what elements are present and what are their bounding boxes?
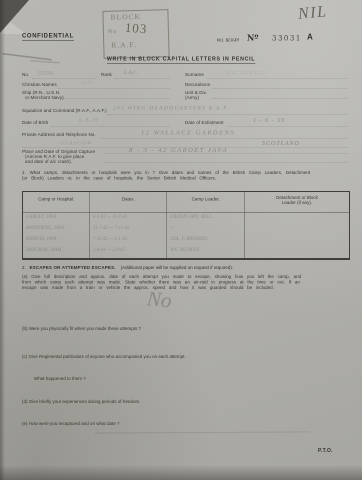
christian-names-label: Christian Names [22, 82, 57, 87]
date-of-enlistment-line [228, 126, 348, 127]
surname-field-label: Surname [185, 72, 204, 77]
stamp-raf-label: R.A.F. [111, 41, 137, 50]
squadron-label: Squadron and Command (R.A.F., A.A.F.) [22, 108, 107, 113]
camps-table-col-leader: Camp Leader. GROUP CAPT. BELL — COL. F. … [167, 192, 245, 258]
no-field-line [32, 79, 96, 80]
camps-table-col-block: Detachment or Block Leader (if any). [245, 192, 349, 258]
section2-question-c2: What happened to them ? [34, 376, 86, 382]
table-row-block [245, 224, 349, 235]
section2-title: ESCAPES OR ATTEMPTED ESCAPES. [30, 265, 116, 270]
private-address-value2: GLASGOW [60, 140, 93, 146]
date-of-enlistment-value: 1 - 6 - 39 [253, 117, 285, 125]
camps-table-header-leader: Camp Leader. [167, 192, 245, 213]
table-row-dates: 7-11-42 — 2-1-44 [90, 235, 167, 246]
private-address-value1: 12 WALLACE GARDENS [141, 129, 235, 137]
stamp-number: 103 [124, 20, 148, 37]
form-serial-number: 33031 [272, 35, 302, 43]
camps-table-col-dates: Dates. 8-3-42 — 31-7-42 31-7-42 — 7-11-4… [90, 192, 167, 258]
table-row-leader: — [167, 224, 245, 235]
section2-number: 2. [22, 265, 26, 270]
camps-table-header-dates: Dates. [90, 192, 167, 213]
table-row-dates: 2-4-44 — 2-9-45 [90, 246, 167, 257]
section2-title-note: (Additional paper will be supplied on re… [121, 265, 233, 270]
ship-line [63, 98, 170, 99]
squadron-line [107, 114, 348, 115]
camps-table: Camp or Hospital. GAROET, JAVA BANDOENG,… [22, 191, 350, 260]
series-letter: A [307, 33, 313, 42]
table-row-dates: 8-3-42 — 31-7-42 [90, 213, 167, 224]
section2-question-e: (e) How were you recaptured and on what … [22, 421, 120, 427]
christian-names-value: IAN [81, 81, 92, 87]
confidential-marking: CONFIDENTIAL [22, 32, 74, 41]
section2-question-c: (c) Give Regimental particulars of anyon… [22, 354, 186, 360]
section2-question-b: (b) Were you physically fit when you mad… [22, 326, 141, 332]
stamp-no-label: No [108, 27, 118, 35]
private-address-value2b: SCOTLAND [262, 140, 300, 148]
table-row-leader: GROUP CAPT. BELL [167, 213, 245, 224]
surname-field-value: MACDONALD [226, 71, 266, 77]
table-row-camp: BATAVIA, JAVA [23, 235, 90, 246]
paper-sheet: CONFIDENTIAL BLOCK No 103 R.A.F. M.I. 9/… [0, 0, 362, 480]
paper-crease [95, 431, 310, 433]
section2-heading: 2. ESCAPES OR ATTEMPTED ESCAPES. (Additi… [22, 265, 233, 270]
unit-line [212, 98, 348, 99]
camps-table-header-block: Detachment or Block Leader (if any). [245, 192, 349, 213]
table-row-camp: GAROET, JAVA [23, 213, 90, 224]
escape-answer-no: No [146, 287, 173, 313]
camps-table-header-camp: Camp or Hospital. [23, 192, 90, 213]
table-row-block [245, 246, 349, 257]
capture-line2 [104, 163, 348, 164]
date-of-birth-label: Date of Birth [22, 120, 48, 125]
nil-annotation: NIL [297, 2, 328, 23]
capture-value: 8 - 3 - 42 GAROET JAVA [129, 146, 228, 154]
rank-field-label: Rank [101, 72, 112, 77]
christian-names-line [58, 89, 170, 90]
table-row-block [245, 213, 349, 224]
table-row-camp: BANDOENG, JAVA [23, 224, 90, 235]
section1-question: 1. What camps, detachments or hospitals … [22, 170, 350, 181]
date-of-enlistment-label: Date of Enlistment [185, 120, 224, 125]
table-row-camp: BANGKOK, SIAM [23, 246, 90, 257]
left-edge-shadow [0, 0, 5, 480]
table-row-leader: W/C NICHOLS [167, 246, 245, 257]
table-row-block [245, 235, 349, 246]
block-stamp: BLOCK No 103 R.A.F. [102, 9, 169, 59]
number-symbol: Nº [247, 33, 258, 43]
rank-field-value: L.A.C. [124, 70, 138, 76]
ship-label-line2: or Merchant Navy) [25, 95, 64, 100]
pencil-scribble [2, 53, 52, 61]
date-of-birth-line [51, 126, 170, 127]
pto-marking: P.T.O. [318, 448, 333, 454]
private-address-line1 [100, 138, 348, 139]
squadron-value: 242 WING HEADQUARTERS R.A.F. [113, 105, 230, 111]
form-reference: M.I. 9/JAP/ [217, 38, 239, 43]
bottom-edge-shadow [0, 465, 362, 480]
camps-table-col-camp: Camp or Hospital. GAROET, JAVA BANDOENG,… [23, 192, 90, 258]
decorations-label: Decorations [185, 82, 210, 87]
capture-label-line3: and date of a/c crash). [25, 159, 72, 164]
unit-label-line2: (Army) [185, 95, 199, 100]
table-row-dates: 31-7-42 — 7-11-42 [90, 224, 167, 235]
table-row-leader: COL. F. BROOKES [167, 235, 245, 246]
no-field-value: 525311 [38, 70, 54, 76]
section2-question-a: (a) Give full description and approx. da… [22, 274, 352, 290]
decorations-line [212, 89, 348, 90]
section2-question-d: (d) Give briefly your experiences during… [22, 399, 141, 405]
private-address-label: Private Address and Telephone No. [22, 132, 96, 137]
scanned-document-page: CONFIDENTIAL BLOCK No 103 R.A.F. M.I. 9/… [0, 0, 362, 480]
rank-field-line [114, 79, 170, 80]
pencil-scribble [30, 60, 60, 64]
date-of-birth-value: 6 - 8 - 19 [79, 118, 97, 124]
pencil-instruction-heading: WRITE IN BLOCK CAPITAL LETTERS IN PENCIL [107, 56, 255, 64]
surname-field-line [207, 79, 348, 80]
no-field-label: No. [22, 72, 29, 77]
